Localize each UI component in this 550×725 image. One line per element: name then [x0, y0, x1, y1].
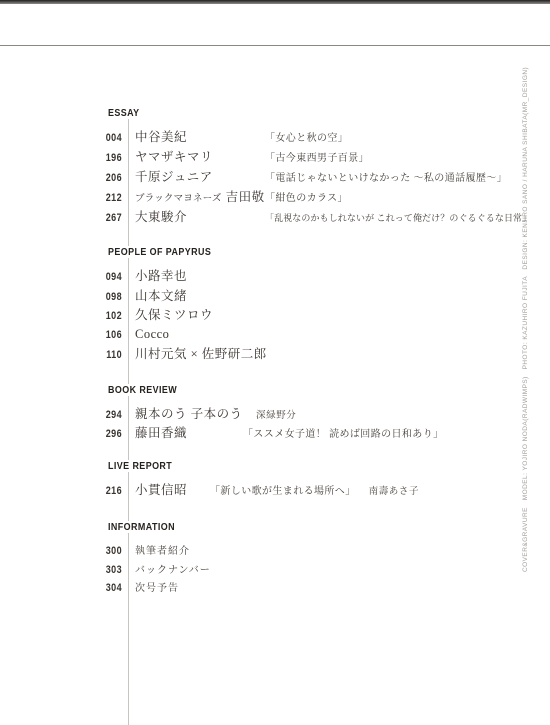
entry-name-group: 小路幸也	[135, 266, 187, 285]
section-rows: 294 親本のう 子本のう 深緑野分 296 藤田香織 「ススメ女子道！ 読めば…	[99, 404, 544, 442]
toc-entry: 212 ブラックマヨネーズ吉田敬 「紺色のカラス」	[99, 187, 544, 207]
toc-entry: 102 久保ミツロウ	[99, 305, 544, 325]
toc-section: PEOPLE OF PAPYRUS 094 小路幸也 098 山本文緒 102 …	[99, 242, 544, 364]
top-horizontal-rule	[0, 45, 550, 46]
entry-name-prefix: ブラックマヨネーズ	[135, 194, 222, 204]
toc-entry: 004 中谷美紀 「女心と秋の空」	[99, 127, 544, 147]
page-top-scan-band	[0, 0, 550, 4]
page-number: 004	[103, 132, 122, 144]
entry-name: 親本のう 子本のう	[135, 407, 243, 421]
entry-name-group: 千原ジュニア	[135, 167, 265, 186]
toc-entry: 294 親本のう 子本のう 深緑野分	[99, 404, 544, 423]
toc-section: BOOK REVIEW 294 親本のう 子本のう 深緑野分 296 藤田香織 …	[99, 380, 544, 442]
entry-title: 「乱視なのかもしれないが これって俺だけ？のぐるぐるな日常」	[265, 211, 531, 224]
page-number: 303	[103, 564, 122, 576]
page-number: 267	[103, 212, 122, 224]
toc-section: LIVE REPORT 216 小貫信昭 「新しい歌が生まれる場所へ」 南壽あさ…	[99, 456, 544, 502]
toc-entry: 216 小貫信昭 「新しい歌が生まれる場所へ」 南壽あさ子	[99, 480, 544, 502]
entry-author: 深緑野分	[256, 407, 296, 421]
page-number: 294	[103, 409, 122, 421]
section-heading: INFORMATION	[108, 521, 179, 533]
entry-name-group: 藤田香織	[135, 423, 243, 442]
entry-name-group: 親本のう 子本のう	[135, 404, 243, 423]
toc-entry: 110 川村元気 × 佐野研二郎	[99, 344, 544, 364]
entry-name-group: 次号予告	[135, 578, 179, 596]
entry-title: 「ススメ女子道！ 読めば回路の日和あり」	[243, 425, 444, 440]
entry-name: バックナンバー	[135, 565, 211, 576]
entry-title: 「女心と秋の空」	[265, 129, 348, 144]
entry-name: 山本文緒	[135, 289, 187, 303]
entry-name-group: 中谷美紀	[135, 127, 265, 146]
entry-name: 大東駿介	[135, 210, 187, 224]
entry-name-group: Cocco	[135, 325, 169, 343]
entry-author: 南壽あさ子	[369, 483, 420, 497]
section-heading: BOOK REVIEW	[108, 384, 181, 396]
entry-name: 次号予告	[135, 583, 179, 594]
page-number: 296	[103, 428, 122, 440]
toc-entry: 303 バックナンバー	[99, 560, 544, 579]
toc-entry: 094 小路幸也	[99, 266, 544, 286]
page-number: 098	[103, 291, 122, 303]
page-number: 094	[103, 271, 122, 283]
entry-name: ヤマザキマリ	[135, 150, 213, 164]
entry-name-group: 山本文緒	[135, 286, 187, 305]
section-rows: 216 小貫信昭 「新しい歌が生まれる場所へ」 南壽あさ子	[99, 480, 544, 502]
toc-entry: 098 山本文緒	[99, 286, 544, 306]
page-number: 304	[103, 582, 122, 594]
entry-title: 「紺色のカラス」	[265, 189, 348, 204]
entry-name-group: 大東駿介	[135, 207, 265, 226]
toc-entry: 196 ヤマザキマリ 「古今東西男子百景」	[99, 147, 544, 167]
entry-name: 千原ジュニア	[135, 170, 213, 184]
entry-name-group: 川村元気 × 佐野研二郎	[135, 344, 267, 363]
entry-name: 久保ミツロウ	[135, 308, 213, 322]
toc-entry: 304 次号予告	[99, 578, 544, 597]
section-rows: 094 小路幸也 098 山本文緒 102 久保ミツロウ 106 Cocco 1…	[99, 266, 544, 364]
entry-name-group: 久保ミツロウ	[135, 305, 213, 324]
toc-entry: 300 執筆者紹介	[99, 541, 544, 560]
page-number: 300	[103, 545, 122, 557]
toc-entry: 206 千原ジュニア 「電話じゃないといけなかった ～私の通話履歴～」	[99, 167, 544, 187]
toc-section: INFORMATION 300 執筆者紹介 303 バックナンバー 304 次号…	[99, 517, 544, 597]
page-number: 206	[103, 172, 122, 184]
entry-name: 小路幸也	[135, 269, 187, 283]
page-number: 102	[103, 310, 122, 322]
page-number: 110	[103, 349, 122, 361]
entry-name: Cocco	[135, 327, 169, 341]
page-number: 212	[103, 192, 122, 204]
section-heading: PEOPLE OF PAPYRUS	[108, 246, 216, 258]
toc-entry: 296 藤田香織 「ススメ女子道！ 読めば回路の日和あり」	[99, 423, 544, 442]
entry-name: 吉田敬	[226, 190, 265, 204]
entry-title: 「電話じゃないといけなかった ～私の通話履歴～」	[265, 169, 507, 184]
entry-name: 執筆者紹介	[135, 546, 190, 557]
entry-title: 「古今東西男子百景」	[265, 149, 369, 164]
entry-name: 中谷美紀	[135, 130, 187, 144]
entry-name-group: ブラックマヨネーズ吉田敬	[135, 187, 265, 206]
section-heading: LIVE REPORT	[108, 460, 176, 472]
toc-section: ESSAY 004 中谷美紀 「女心と秋の空」 196 ヤマザキマリ 「古今東西…	[99, 103, 544, 227]
entry-name-group: バックナンバー	[135, 560, 211, 578]
page-number: 216	[103, 485, 122, 497]
entry-name: 藤田香織	[135, 426, 187, 440]
toc-entry: 267 大東駿介 「乱視なのかもしれないが これって俺だけ？のぐるぐるな日常」	[99, 207, 544, 227]
toc-entry: 106 Cocco	[99, 325, 544, 345]
entry-name-group: ヤマザキマリ	[135, 147, 265, 166]
page-number: 196	[103, 152, 122, 164]
entry-name-group: 小貫信昭	[135, 480, 210, 499]
entry-title: 「新しい歌が生まれる場所へ」	[210, 482, 356, 497]
page-number: 106	[103, 329, 122, 341]
section-rows: 004 中谷美紀 「女心と秋の空」 196 ヤマザキマリ 「古今東西男子百景」 …	[99, 127, 544, 227]
entry-name-group: 執筆者紹介	[135, 541, 190, 559]
entry-name: 小貫信昭	[135, 483, 187, 497]
section-rows: 300 執筆者紹介 303 バックナンバー 304 次号予告	[99, 541, 544, 597]
entry-name: 川村元気 × 佐野研二郎	[135, 347, 267, 361]
section-heading: ESSAY	[108, 107, 144, 119]
